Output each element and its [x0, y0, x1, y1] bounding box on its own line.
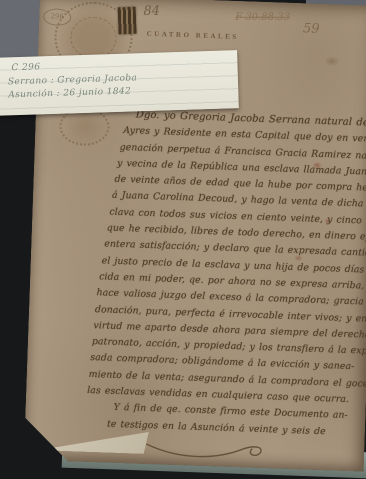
revenue-stamp-text: CUATRO REALES [147, 30, 297, 43]
archive-reference-number: F 30.88.33 [235, 12, 290, 23]
label-name: Serrano : Gregoria Jacoba [8, 73, 138, 87]
label-place-date: Asunción : 26 junio 1842 [8, 86, 131, 100]
ink-stain [324, 56, 340, 67]
manuscript-text: Dgo. yo Gregoria Jacoba Serrana natural … [79, 108, 366, 444]
label-code: C 296 [11, 62, 40, 73]
pencil-number-left: 84 [143, 4, 160, 19]
archival-label: C 296 Serrano : Gregoria Jacoba Asunción… [0, 50, 239, 116]
signature-flourish-icon [142, 434, 283, 465]
folio-number: 59 [303, 21, 320, 37]
scanned-document-photo: 296 84 CUATRO REALES F 30.88.33 59 Dgo. … [0, 0, 366, 479]
emblem-stamp-icon [118, 7, 137, 35]
